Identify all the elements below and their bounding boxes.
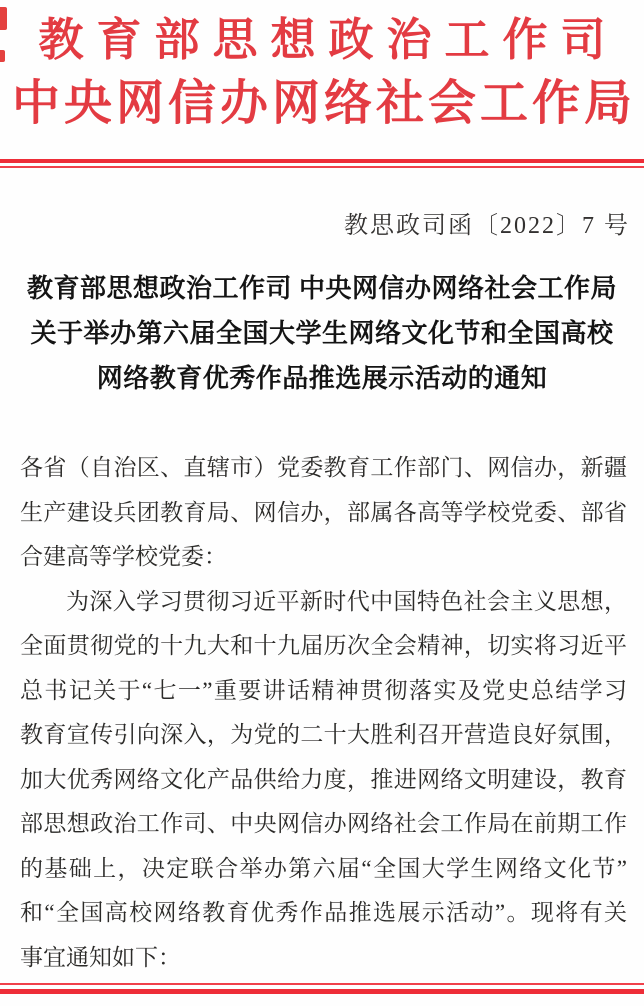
body-line: 加大优秀网络文化产品供给力度，推进网络文明建设，教育 <box>20 758 627 803</box>
issuing-org-2: 中央网信办网络社会工作局 <box>0 76 644 132</box>
title-line-3: 网络教育优秀作品推选展示活动的通知 <box>10 356 634 401</box>
body-line: 事宜通知如下： <box>20 936 627 981</box>
body-line: 教育宣传引向深入，为党的二十大胜利召开营造良好氛围， <box>20 713 627 758</box>
scan-artifact-mark <box>0 7 7 30</box>
body-line: 为深入学习贯彻习近平新时代中国特色社会主义思想， <box>20 580 627 625</box>
body-line: 各省（自治区、直辖市）党委教育工作部门、网信办，新疆 <box>20 446 627 491</box>
title-line-1: 教育部思想政治工作司 中央网信办网络社会工作局 <box>10 266 634 311</box>
official-document-page: 教育部思想政治工作司 中央网信办网络社会工作局 教思政司函〔2022〕7 号 教… <box>0 0 644 1006</box>
document-title: 教育部思想政治工作司 中央网信办网络社会工作局 关于举办第六届全国大学生网络文化… <box>10 266 634 401</box>
body-line: 的基础上，决定联合举办第六届“全国大学生网络文化节” <box>20 847 627 892</box>
divider-thick-line <box>0 989 644 994</box>
body-line: 总书记关于“七一”重要讲话精神贯彻落实及党史总结学习 <box>20 669 627 714</box>
body-line: 合建高等学校党委： <box>20 535 627 580</box>
body-line: 部思想政治工作司、中央网信办网络社会工作局在前期工作 <box>20 802 627 847</box>
title-line-2: 关于举办第六届全国大学生网络文化节和全国高校 <box>10 311 634 356</box>
scan-artifact-mark <box>0 50 5 62</box>
body-line: 和“全国高校网络教育优秀作品推选展示活动”。现将有关 <box>20 891 627 936</box>
document-number: 教思政司函〔2022〕7 号 <box>0 211 644 241</box>
divider-thin-line <box>0 166 644 168</box>
page-bottom-divider <box>0 983 644 994</box>
body-line: 生产建设兵团教育局、网信办，部属各高等学校党委、部省 <box>20 491 627 536</box>
issuing-org-1: 教育部思想政治工作司 <box>0 14 644 66</box>
document-body: 各省（自治区、直辖市）党委教育工作部门、网信办，新疆 生产建设兵团教育局、网信办… <box>0 446 644 980</box>
letterhead: 教育部思想政治工作司 中央网信办网络社会工作局 <box>0 0 644 132</box>
body-line: 全面贯彻党的十九大和十九届历次全会精神，切实将习近平 <box>20 624 627 669</box>
letterhead-divider <box>0 159 644 168</box>
